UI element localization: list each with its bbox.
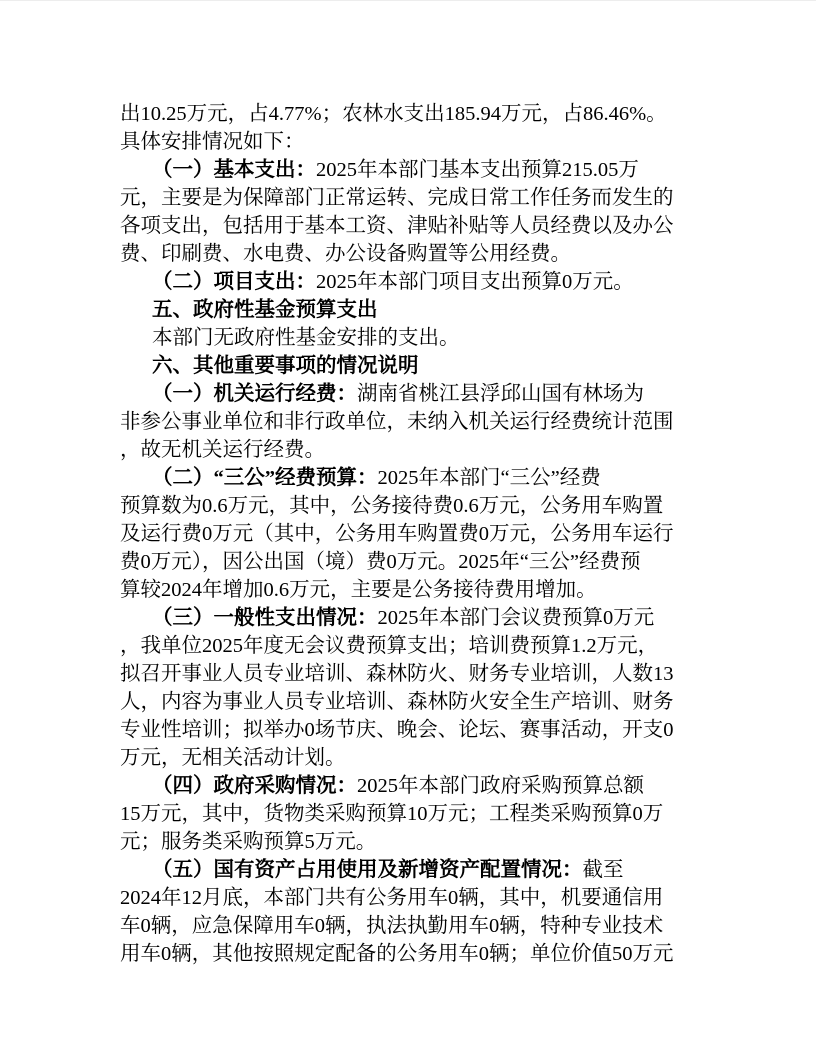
bold-text-run: （五）国有资产占用使用及新增资产配置情况：	[152, 859, 583, 881]
para-agency-operating-funds-l1: （一）机关运行经费：湖南省桃江县浮邱山国有林场为	[120, 380, 674, 408]
para-gov-fund-note: 本部门无政府性基金安排的支出。	[120, 324, 674, 352]
para-gov-procurement-l1: （四）政府采购情况：2025年本部门政府采购预算总额	[120, 772, 674, 800]
text-run: 万元，无相关活动计划。	[120, 747, 346, 769]
bold-text-run: （二）项目支出：	[152, 271, 316, 293]
para-three-public-budget-l5: 算较2024年增加0.6万元，主要是公务接待费用增加。	[120, 576, 674, 604]
text-run: 车0辆，应急保障用车0辆，执法执勤用车0辆，特种专业技术	[120, 915, 663, 937]
para-project-expenditure: （二）项目支出：2025年本部门项目支出预算0万元。	[120, 268, 674, 296]
text-run: 算较2024年增加0.6万元，主要是公务接待费用增加。	[120, 579, 597, 601]
bold-text-run: （二）“三公”经费预算：	[152, 467, 378, 489]
para-general-expenditure-l2: ，我单位2025年度无会议费预算支出；培训费预算1.2万元，	[120, 632, 674, 660]
text-run: 2024年12月底，本部门共有公务用车0辆，其中，机要通信用	[120, 887, 663, 909]
para-three-public-budget-l1: （二）“三公”经费预算：2025年本部门“三公”经费	[120, 464, 674, 492]
text-run: 湖南省桃江县浮邱山国有林场为	[357, 383, 644, 405]
bold-text-run: （一）基本支出：	[152, 159, 316, 181]
text-run: 费0万元），因公出国（境）费0万元。2025年“三公”经费预	[120, 551, 640, 573]
document-page: 出10.25万元，占4.77%；农林水支出185.94万元，占86.46%。具体…	[0, 0, 816, 1056]
bold-text-run: （四）政府采购情况：	[152, 775, 357, 797]
text-run: 15万元，其中，货物类采购预算10万元；工程类采购预算0万	[120, 803, 663, 825]
bold-text-run: 六、其他重要事项的情况说明	[152, 355, 419, 377]
para-general-expenditure-l4: 人，内容为事业人员专业培训、森林防火安全生产培训、财务	[120, 688, 674, 716]
bold-text-run: （三）一般性支出情况：	[152, 607, 378, 629]
text-run: 2025年本部门基本支出预算215.05万	[316, 159, 639, 181]
text-run: 2025年本部门项目支出预算0万元。	[316, 271, 634, 293]
line-expenditure-ratio-cont: 出10.25万元，占4.77%；农林水支出185.94万元，占86.46%。	[120, 100, 674, 128]
text-run: 元，主要是为保障部门正常运转、完成日常工作任务而发生的	[120, 187, 674, 209]
para-gov-procurement-l2: 15万元，其中，货物类采购预算10万元；工程类采购预算0万	[120, 800, 674, 828]
heading-gov-fund-budget: 五、政府性基金预算支出	[120, 296, 674, 324]
para-general-expenditure-l5: 专业性培训；拟举办0场节庆、晚会、论坛、赛事活动，开支0	[120, 716, 674, 744]
bold-text-run: （一）机关运行经费：	[152, 383, 357, 405]
text-run: 本部门无政府性基金安排的支出。	[152, 327, 460, 349]
para-three-public-budget-l3: 及运行费0万元（其中，公务用车购置费0万元，公务用车运行	[120, 520, 674, 548]
para-general-expenditure-l3: 拟召开事业人员专业培训、森林防火、财务专业培训，人数13	[120, 660, 674, 688]
para-basic-expenditure-l2: 元，主要是为保障部门正常运转、完成日常工作任务而发生的	[120, 184, 674, 212]
text-run: 具体安排情况如下：	[120, 131, 305, 153]
text-run: 出10.25万元，占4.77%；农林水支出185.94万元，占86.46%。	[120, 103, 667, 125]
para-state-assets-l4: 用车0辆，其他按照规定配备的公务用车0辆；单位价值50万元	[120, 940, 674, 968]
text-run: 2025年本部门会议费预算0万元	[378, 607, 655, 629]
para-state-assets-l1: （五）国有资产占用使用及新增资产配置情况：截至	[120, 856, 674, 884]
text-run: 元；服务类采购预算5万元。	[120, 831, 376, 853]
para-general-expenditure-l1: （三）一般性支出情况：2025年本部门会议费预算0万元	[120, 604, 674, 632]
para-basic-expenditure-l4: 费、印刷费、水电费、办公设备购置等公用经费。	[120, 240, 674, 268]
text-run: 及运行费0万元（其中，公务用车购置费0万元，公务用车运行	[120, 523, 674, 545]
text-run: ，我单位2025年度无会议费预算支出；培训费预算1.2万元，	[120, 635, 658, 657]
bold-text-run: 五、政府性基金预算支出	[152, 299, 378, 321]
text-run: 预算数为0.6万元，其中，公务接待费0.6万元，公务用车购置	[120, 495, 663, 517]
document-content: 出10.25万元，占4.77%；农林水支出185.94万元，占86.46%。具体…	[120, 100, 674, 968]
text-run: 用车0辆，其他按照规定配备的公务用车0辆；单位价值50万元	[120, 943, 674, 965]
para-three-public-budget-l2: 预算数为0.6万元，其中，公务接待费0.6万元，公务用车购置	[120, 492, 674, 520]
text-run: 2025年本部门政府采购预算总额	[357, 775, 644, 797]
text-run: 人，内容为事业人员专业培训、森林防火安全生产培训、财务	[120, 691, 674, 713]
text-run: ，故无机关运行经费。	[120, 439, 325, 461]
text-run: 专业性培训；拟举办0场节庆、晚会、论坛、赛事活动，开支0	[120, 719, 674, 741]
text-run: 截至	[583, 859, 624, 881]
para-agency-operating-funds-l3: ，故无机关运行经费。	[120, 436, 674, 464]
para-three-public-budget-l4: 费0万元），因公出国（境）费0万元。2025年“三公”经费预	[120, 548, 674, 576]
heading-other-important-items: 六、其他重要事项的情况说明	[120, 352, 674, 380]
text-run: 非参公事业单位和非行政单位，未纳入机关运行经费统计范围	[120, 411, 674, 433]
text-run: 拟召开事业人员专业培训、森林防火、财务专业培训，人数13	[120, 663, 674, 685]
para-agency-operating-funds-l2: 非参公事业单位和非行政单位，未纳入机关运行经费统计范围	[120, 408, 674, 436]
line-arrangement-note: 具体安排情况如下：	[120, 128, 674, 156]
text-run: 费、印刷费、水电费、办公设备购置等公用经费。	[120, 243, 571, 265]
para-basic-expenditure-l3: 各项支出，包括用于基本工资、津贴补贴等人员经费以及办公	[120, 212, 674, 240]
text-run: 各项支出，包括用于基本工资、津贴补贴等人员经费以及办公	[120, 215, 674, 237]
para-state-assets-l2: 2024年12月底，本部门共有公务用车0辆，其中，机要通信用	[120, 884, 674, 912]
para-general-expenditure-l6: 万元，无相关活动计划。	[120, 744, 674, 772]
text-run: 2025年本部门“三公”经费	[378, 467, 601, 489]
para-basic-expenditure-l1: （一）基本支出：2025年本部门基本支出预算215.05万	[120, 156, 674, 184]
para-state-assets-l3: 车0辆，应急保障用车0辆，执法执勤用车0辆，特种专业技术	[120, 912, 674, 940]
para-gov-procurement-l3: 元；服务类采购预算5万元。	[120, 828, 674, 856]
